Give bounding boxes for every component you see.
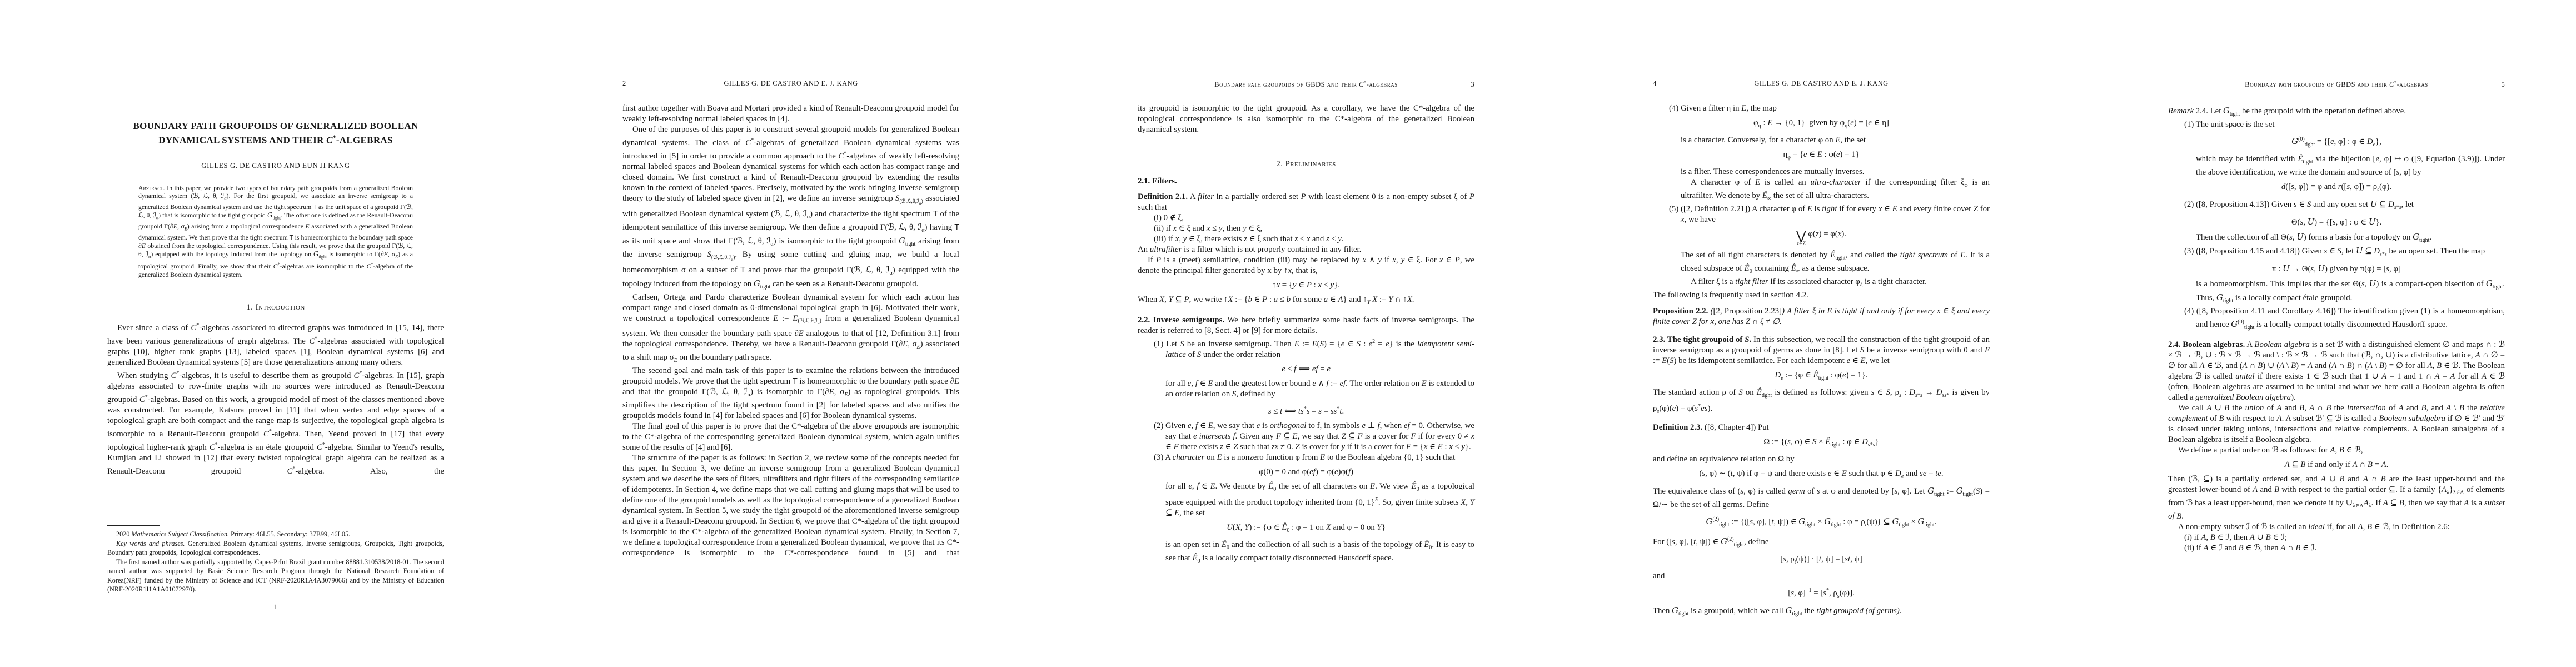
display-equation: [s, ρt(ψ)] · [t, ψ] = [st, ψ] [1653, 554, 1990, 568]
list-item-continuation: The set of all tight characters is denot… [1653, 250, 1990, 277]
paragraph: and define an equivalence relation on Ω … [1653, 454, 1990, 465]
text-column: its groupoid is isomorphic to the tight … [1138, 103, 1474, 566]
display-equation: d([s, φ]) = φ and r([s, φ]) = ρs(φ). [2168, 182, 2505, 195]
list-item: (1) The unit space is the set [2168, 120, 2505, 130]
paragraph: When X, Y ⊆ P, we write ↑X := {b ∈ P : a… [1138, 295, 1474, 308]
definition-paragraph: Proposition 2.2. ([2, Proposition 2.23])… [1653, 306, 1990, 327]
list-item: (2) ([8, Proposition 4.13]) Given s ∈ S … [2168, 199, 2505, 213]
text-column: first author together with Boava and Mor… [622, 103, 959, 559]
footnote: The first named author was partially sup… [107, 558, 444, 594]
page-1: 2020 Mathematics Subject Classification.… [0, 0, 515, 667]
paragraph: first author together with Boava and Mor… [622, 103, 959, 125]
list-item: (ii) if x ∈ ξ and x ≤ y, then y ∈ ξ, [1138, 223, 1474, 234]
list-item: (iii) if x, y ∈ ξ, there exists z ∈ ξ su… [1138, 234, 1474, 245]
paragraph: Carlsen, Ortega and Pardo characterize B… [622, 292, 959, 366]
paragraph: For ([s, φ], [t, ψ]) ∈ G(2)tight, define [1653, 534, 1990, 550]
display-equation: φη : E → {0, 1} given by φη(e) = [e ∈ η] [1653, 118, 1990, 131]
text-column: BOUNDARY PATH GROUPOIDS OF GENERALIZED B… [107, 83, 444, 477]
display-equation: G(2)tight := {([s, φ], [t, ψ]) ∈ Gtight … [1653, 514, 1990, 530]
display-equation: G(0)tight = {[e, φ] : φ ∈ De}, [2168, 134, 2505, 150]
footnote: Key words and phrases. Generalized Boole… [107, 539, 444, 558]
running-head-title: Boundary path groupoids of GBDS and thei… [1160, 79, 1452, 89]
running-head-title: GILLES G. DE CASTRO AND E. J. KANG [645, 79, 937, 88]
paragraph: A non-empty subset ℐ of ℬ is called an i… [2168, 522, 2505, 532]
list-item-continuation: is an open set in Ê0 and the collection … [1138, 540, 1474, 566]
list-item-continuation: is a homeomorphism. This implies that th… [2168, 278, 2505, 306]
running-head-page-number: 3 [1452, 81, 1474, 89]
list-item: (3) A character on E is a nonzero functi… [1138, 452, 1474, 463]
list-item: (4) ([8, Proposition 4.11 and Corollary … [2168, 306, 2505, 333]
footnote-zone: 2020 Mathematics Subject Classification.… [107, 525, 444, 594]
running-head: Boundary path groupoids of GBDS and thei… [1138, 79, 1474, 89]
paragraph: The standard action ρ of S on Êtight is … [1653, 387, 1990, 417]
running-head-page-number: 2 [622, 79, 645, 88]
display-equation: s ≤ t ⟺ ts*s = s = ss*t. [1138, 404, 1474, 417]
paragraph: If P is a (meet) semilattice, condition … [1138, 255, 1474, 276]
definition-paragraph: Definition 2.1. A filter in a partially … [1138, 192, 1474, 213]
paper-authors: GILLES G. DE CASTRO AND EUN JI KANG [107, 161, 444, 170]
display-equation: ↑x = {y ∈ P : x ≤ y}. [1138, 280, 1474, 291]
footnote-rule [107, 525, 160, 526]
list-item: (i) 0 ∉ ξ, [1138, 213, 1474, 223]
running-head-page-number: 4 [1653, 79, 1675, 88]
list-item-continuation: Then the collection of all Θ(s, U) forms… [2168, 232, 2505, 246]
footnote: 2020 Mathematics Subject Classification.… [107, 530, 444, 539]
page-2: 2GILLES G. DE CASTRO AND E. J. KANGfirst… [515, 0, 1030, 667]
abstract: Abstract. In this paper, we provide two … [138, 184, 413, 278]
display-equation: ηφ = {e ∈ E : φ(e) = 1} [1653, 150, 1990, 163]
page-5: Boundary path groupoids of GBDS and thei… [2061, 0, 2576, 667]
list-item-continuation: which may be identified with Êtight via … [2168, 154, 2505, 178]
display-equation: De := {φ ∈ Êtight : φ(e) = 1}. [1653, 370, 1990, 384]
paragraph: its groupoid is isomorphic to the tight … [1138, 103, 1474, 135]
display-equation: U(X, Y) := {φ ∈ Ê0 : φ = 1 on X and φ = … [1138, 522, 1474, 536]
subsection-runin-paragraph: 2.3. The tight groupoid of S. In this su… [1653, 335, 1990, 366]
list-item: (1) Let S be an inverse semigroup. Then … [1138, 336, 1474, 360]
list-item: (2) Given e, f ∈ E, we say that e is ort… [1138, 421, 1474, 452]
list-item: (3) ([8, Proposition 4.15 and 4.18]) Giv… [2168, 246, 2505, 260]
paragraph: Then (ℬ, ⊆) is a partially ordered set, … [2168, 474, 2505, 522]
display-equation: Ω := {(s, φ) ∈ S × Êtight : φ ∈ Ds*s} [1653, 437, 1990, 450]
subsection-runin-paragraph: 2.4. Boolean algebras. A Boolean algebra… [2168, 340, 2505, 403]
display-equation: (s, φ) ∼ (t, ψ) if φ = ψ and there exist… [1653, 469, 1990, 482]
subsection-runin-paragraph: 2.2. Inverse semigroups. We here briefly… [1138, 315, 1474, 336]
list-item-continuation: is a filter. These correspondences are m… [1653, 167, 1990, 177]
paragraph: The following is frequently used in sect… [1653, 290, 1990, 301]
running-head: 4GILLES G. DE CASTRO AND E. J. KANG [1653, 79, 1990, 88]
running-head-title: Boundary path groupoids of GBDS and thei… [2190, 79, 2483, 89]
display-equation: π : U → Θ(s, U) given by π(φ) = [s, φ] [2168, 263, 2505, 275]
page-3: Boundary path groupoids of GBDS and thei… [1030, 0, 1546, 667]
paragraph: An ultrafilter is a filter which is not … [1138, 245, 1474, 255]
display-equation: Θ(s, U) = {[s, φ] : φ ∈ U}. [2168, 217, 2505, 228]
display-equation: e ≤ f ⟺ ef = e [1138, 364, 1474, 375]
paragraph: We define a partial order on ℬ as follow… [2168, 445, 2505, 456]
list-item: (4) Given a filter η in E, the map [1653, 103, 1990, 114]
subsection-heading: 2.1. Filters. [1138, 177, 1474, 186]
list-item: (5) ([2, Definition 2.21]) A character φ… [1653, 204, 1990, 225]
definition-paragraph: Definition 2.3. ([8, Chapter 4]) Put [1653, 422, 1990, 433]
display-equation: [s, φ]−1 = [s*, ρs(φ)]. [1653, 585, 1990, 601]
paragraph: The second goal and main task of this pa… [622, 366, 959, 421]
running-head: Boundary path groupoids of GBDS and thei… [2168, 79, 2505, 89]
paragraph: The structure of the paper is as follows… [622, 453, 959, 559]
display-equation: ⋁z∈Z φ(z) = φ(x). [1653, 229, 1990, 246]
paragraph: and [1653, 571, 1990, 581]
paragraph: We call A ∪ B the union of A and B, A ∩ … [2168, 403, 2505, 445]
running-head: 2GILLES G. DE CASTRO AND E. J. KANG [622, 79, 959, 88]
paragraph: The final goal of this paper is to prove… [622, 421, 959, 453]
remark-paragraph: Remark 2.4. Let Gtight be the groupoid w… [2168, 106, 2505, 120]
running-head-title: GILLES G. DE CASTRO AND E. J. KANG [1675, 79, 1967, 88]
section-heading: 2. Preliminaries [1138, 160, 1474, 169]
document-canvas: arXiv:2106.09366v1 [math.OA] 17 Jun 2021… [0, 0, 2576, 667]
running-head-page-number: 5 [2483, 81, 2505, 89]
paper-title: BOUNDARY PATH GROUPOIDS OF GENERALIZED B… [113, 120, 439, 146]
list-item-continuation: A filter ξ is a tight filter if its asso… [1653, 277, 1990, 290]
paragraph: Ever since a class of C*-algebras associ… [107, 320, 444, 368]
list-item-continuation: is a character. Conversely, for a charac… [1653, 135, 1990, 146]
list-item: (i) if A, B ∈ ℐ, then A ∪ B ∈ ℐ; [2168, 532, 2505, 543]
list-item-continuation: for all e, f ∈ E. We denote by Ê0 the se… [1138, 481, 1474, 519]
list-item: (ii) if A ∈ ℐ and B ∈ ℬ, then A ∩ B ∈ ℐ. [2168, 543, 2505, 554]
text-column: (4) Given a filter η in E, the mapφη : E… [1653, 103, 1990, 619]
paragraph: One of the purposes of this paper is to … [622, 125, 959, 292]
section-heading: 1. Introduction [107, 303, 444, 312]
display-equation: φ(0) = 0 and φ(ef) = φ(e)φ(f) [1138, 467, 1474, 477]
paragraph: When studying C*-algebras, it is useful … [107, 368, 444, 477]
page-number: 1 [107, 603, 444, 611]
page-4: 4GILLES G. DE CASTRO AND E. J. KANG(4) G… [1546, 0, 2061, 667]
paragraph: The equivalence class of (s, φ) is calle… [1653, 486, 1990, 510]
list-item-continuation: for all e, f ∈ E and the greatest lower … [1138, 379, 1474, 400]
text-column: Remark 2.4. Let Gtight be the groupoid w… [2168, 103, 2505, 554]
list-item-continuation: A character φ of E is called an ultra-ch… [1653, 177, 1990, 204]
paragraph: Then Gtight is a groupoid, which we call… [1653, 605, 1990, 619]
display-equation: A ⊆ B if and only if A ∩ B = A. [2168, 460, 2505, 470]
